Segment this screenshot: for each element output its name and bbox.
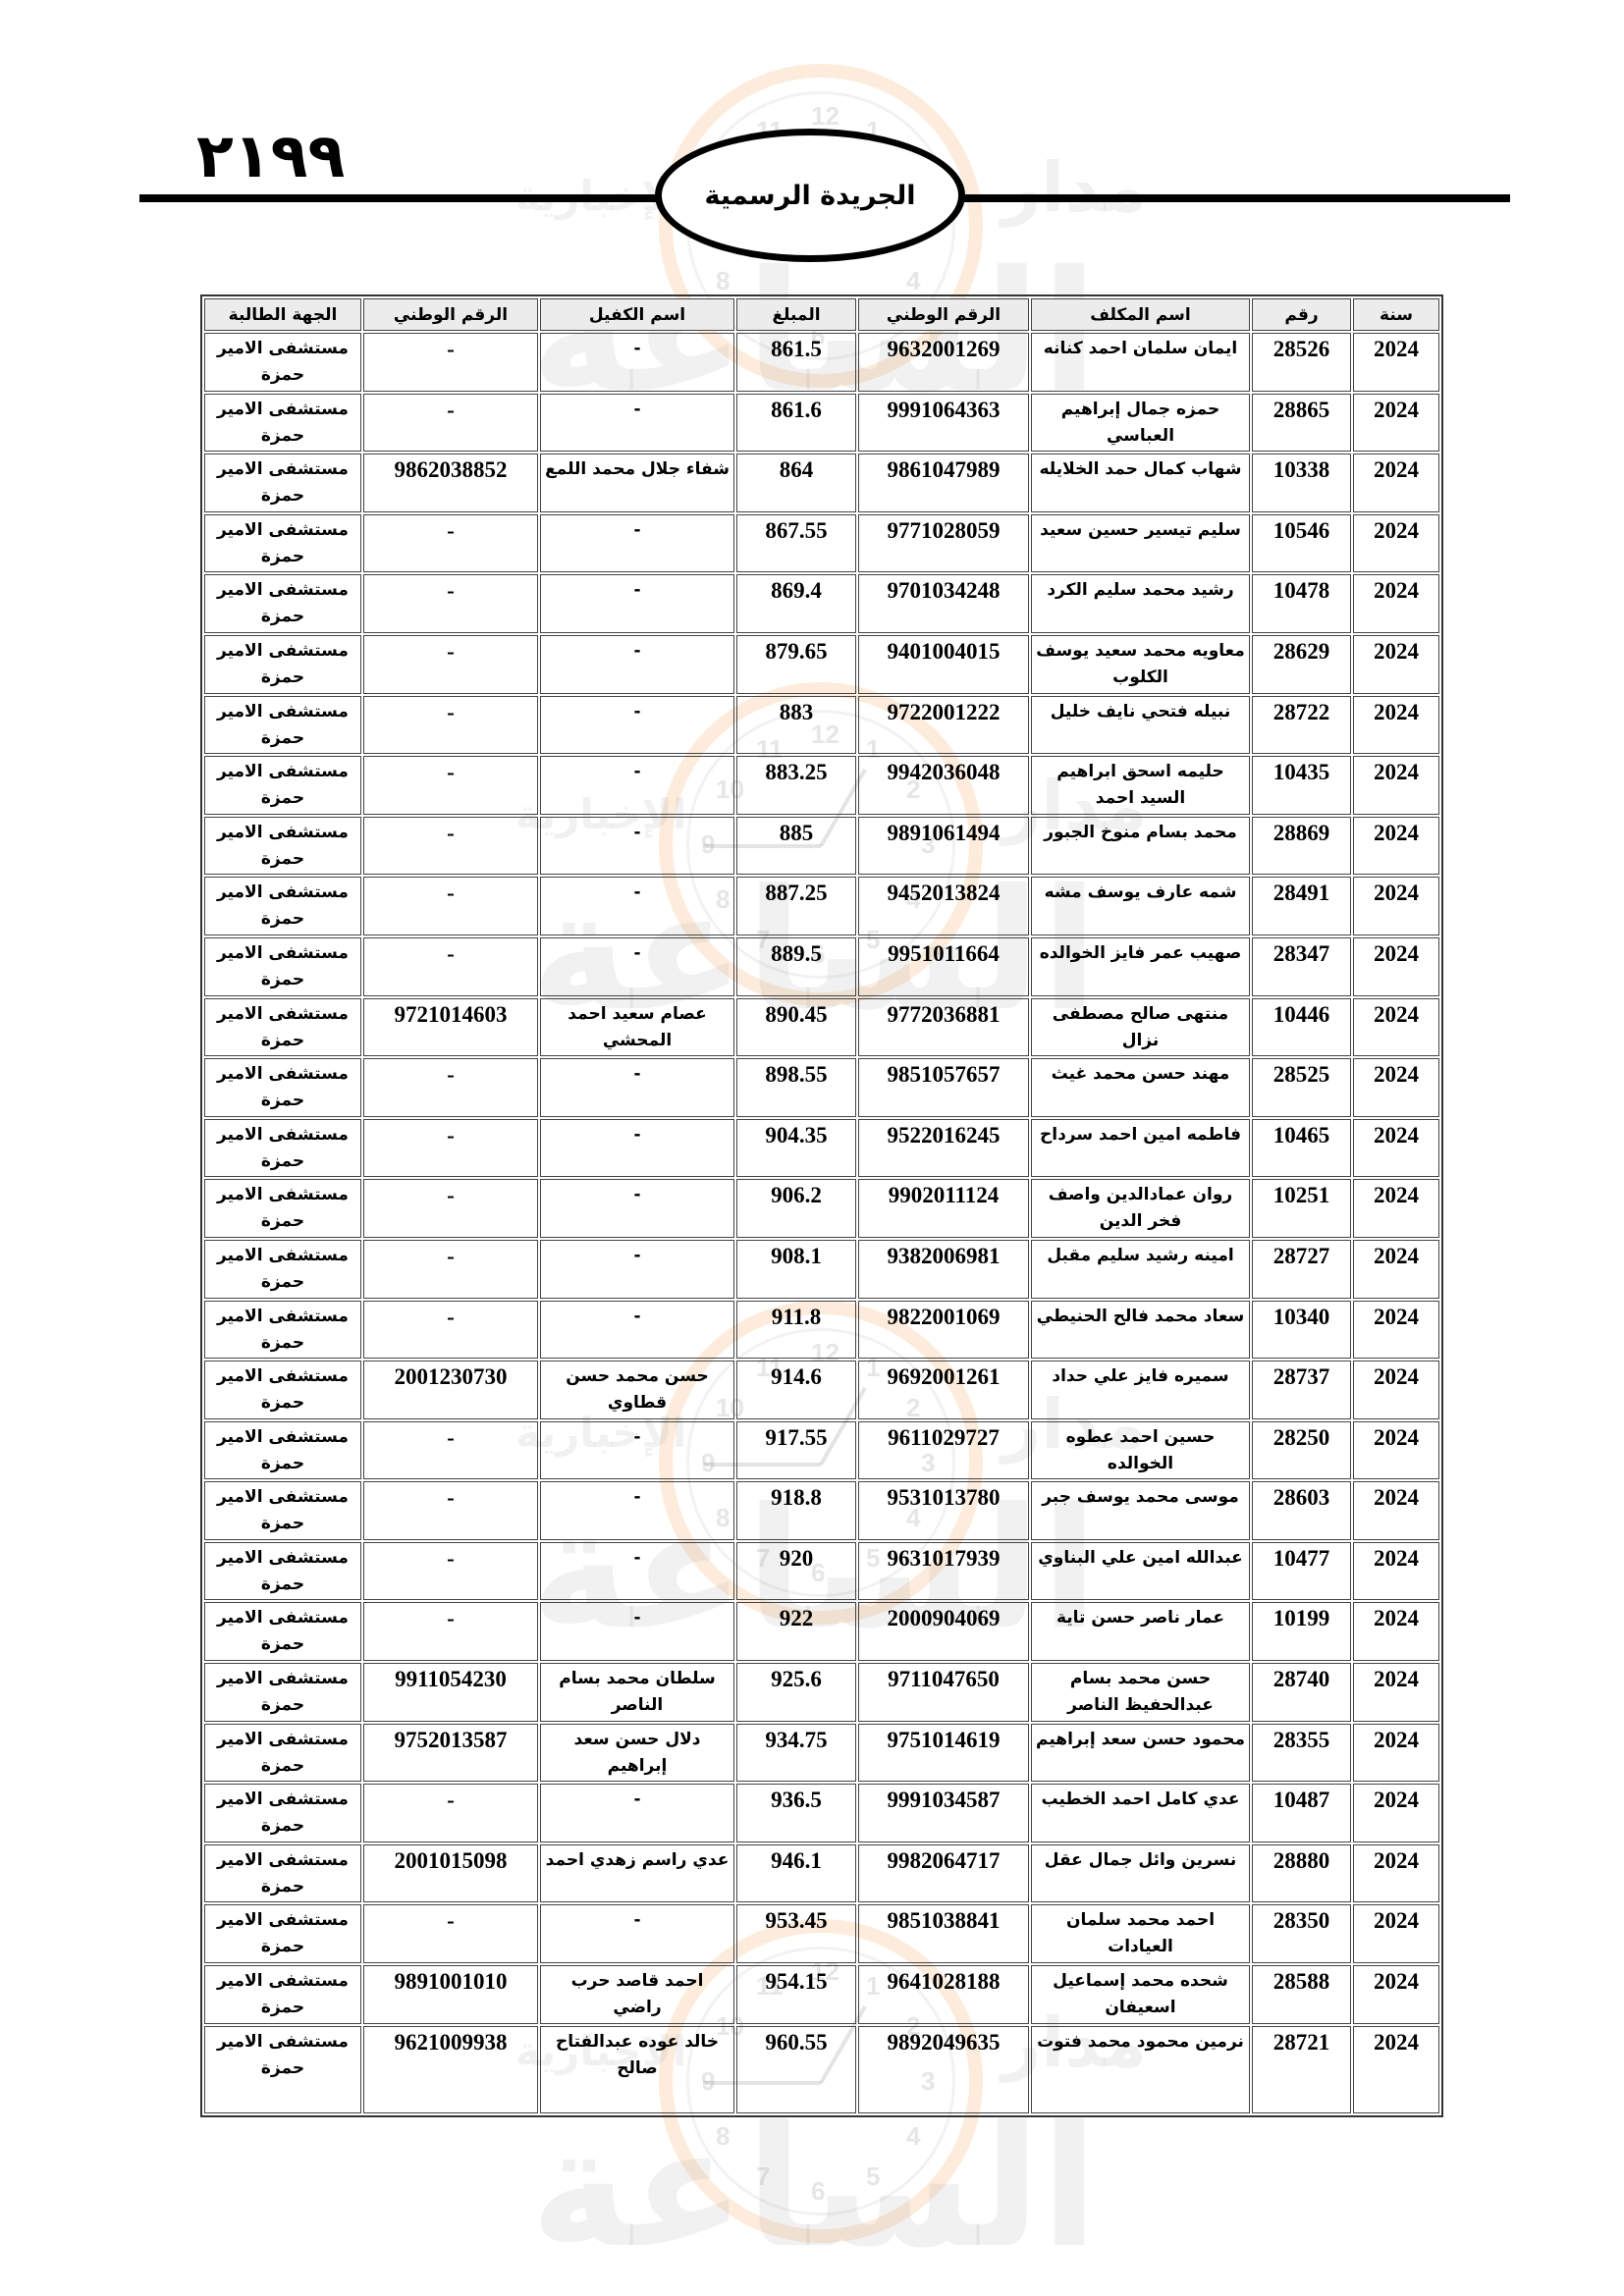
cell-guarantor-national-id: -: [363, 1119, 538, 1178]
cell-requesting-party: مستشفى الامير حمزة: [204, 1301, 361, 1360]
cell-guarantor-name: -: [540, 1119, 734, 1178]
cell-year: 2024: [1353, 1240, 1439, 1299]
cell-number: 28865: [1252, 394, 1351, 453]
cell-number: 10487: [1252, 1784, 1351, 1842]
cell-number: 10477: [1252, 1542, 1351, 1601]
clock-number: 8: [716, 266, 730, 296]
cell-number: 28869: [1252, 817, 1351, 876]
cell-debtor-name: حليمه اسحق ابراهيم السيد احمد: [1031, 756, 1250, 815]
cell-debtor-name: نسرين وائل جمال عقل: [1031, 1844, 1250, 1903]
cell-national-id: 9951011664: [858, 937, 1029, 996]
cell-year: 2024: [1353, 333, 1439, 392]
column-header-national-id: الرقم الوطني: [858, 298, 1029, 331]
cell-debtor-name: سليم تيسير حسين سعيد: [1031, 514, 1250, 573]
table-row: 202410446منتهى صالح مصطفى نزال9772036881…: [204, 998, 1439, 1057]
table-header-row: سنة رقم اسم المكلف الرقم الوطني المبلغ ا…: [204, 298, 1439, 331]
cell-number: 10546: [1252, 514, 1351, 573]
cell-year: 2024: [1353, 394, 1439, 453]
cell-guarantor-national-id: -: [363, 696, 538, 755]
cell-number: 28525: [1252, 1058, 1351, 1117]
table-row: 202410435حليمه اسحق ابراهيم السيد احمد99…: [204, 756, 1439, 815]
cell-guarantor-name: حسن محمد حسن قطاوي: [540, 1361, 734, 1419]
cell-requesting-party: مستشفى الامير حمزة: [204, 1784, 361, 1842]
cell-guarantor-national-id: -: [363, 1481, 538, 1540]
cell-year: 2024: [1353, 1301, 1439, 1360]
watermark-brand-main: الساعة: [530, 2091, 1098, 2285]
cell-amount: 934.75: [736, 1724, 856, 1783]
cell-national-id: 9822001069: [858, 1301, 1029, 1360]
cell-national-id: 9991064363: [858, 394, 1029, 453]
cell-number: 28347: [1252, 937, 1351, 996]
cell-national-id: 9531013780: [858, 1481, 1029, 1540]
cell-requesting-party: مستشفى الامير حمزة: [204, 1965, 361, 2024]
cell-debtor-name: معاويه محمد سعيد يوسف الكلوب: [1031, 635, 1250, 694]
cell-national-id: 9401004015: [858, 635, 1029, 694]
table-row: 202410338شهاب كمال حمد الخلايله986104798…: [204, 454, 1439, 512]
column-header-debtor-name: اسم المكلف: [1031, 298, 1250, 331]
cell-requesting-party: مستشفى الامير حمزة: [204, 574, 361, 633]
cell-amount: 918.8: [736, 1481, 856, 1540]
cell-amount: 953.45: [736, 1904, 856, 1963]
cell-guarantor-name: سلطان محمد بسام الناصر: [540, 1663, 734, 1722]
table-row: 202428721نرمين محمود محمد فتوت9892049635…: [204, 2026, 1439, 2113]
cell-guarantor-name: -: [540, 696, 734, 755]
cell-requesting-party: مستشفى الامير حمزة: [204, 817, 361, 876]
cell-guarantor-name: خالد عوده عبدالفتاح صالح: [540, 2026, 734, 2113]
cell-debtor-name: سميره فايز علي حداد: [1031, 1361, 1250, 1419]
cell-guarantor-name: -: [540, 1784, 734, 1842]
cell-guarantor-national-id: 9911054230: [363, 1663, 538, 1722]
cell-debtor-name: حسن محمد بسام عبدالحفيظ الناصر: [1031, 1663, 1250, 1722]
cell-amount: 917.55: [736, 1421, 856, 1480]
cell-number: 28526: [1252, 333, 1351, 392]
cell-debtor-name: امينه رشيد سليم مقبل: [1031, 1240, 1250, 1299]
cell-debtor-name: نبيله فتحي نايف خليل: [1031, 696, 1250, 755]
cell-requesting-party: مستشفى الامير حمزة: [204, 1481, 361, 1540]
table-row: 202428250حسين احمد عطوه الخوالده96110297…: [204, 1421, 1439, 1480]
cell-debtor-name: عدي كامل احمد الخطيب: [1031, 1784, 1250, 1842]
cell-debtor-name: موسى محمد يوسف جبر: [1031, 1481, 1250, 1540]
cell-national-id: 9861047989: [858, 454, 1029, 512]
cell-guarantor-national-id: -: [363, 1179, 538, 1238]
clock-number: 12: [811, 101, 839, 132]
cell-requesting-party: مستشفى الامير حمزة: [204, 514, 361, 573]
clock-number: 4: [906, 2121, 920, 2152]
column-header-year: سنة: [1353, 298, 1439, 331]
cell-guarantor-national-id: -: [363, 333, 538, 392]
table-row: 202428727امينه رشيد سليم مقبل93820069819…: [204, 1240, 1439, 1299]
cell-amount: 922: [736, 1602, 856, 1661]
cell-year: 2024: [1353, 635, 1439, 694]
cell-number: 28491: [1252, 877, 1351, 935]
cell-guarantor-name: -: [540, 1904, 734, 1963]
cell-national-id: 2000904069: [858, 1602, 1029, 1661]
cell-number: 28721: [1252, 2026, 1351, 2113]
cell-national-id: 9641028188: [858, 1965, 1029, 2024]
column-header-requesting-party: الجهة الطالبة: [204, 298, 361, 331]
cell-requesting-party: مستشفى الامير حمزة: [204, 696, 361, 755]
table-row: 202410546سليم تيسير حسين سعيد97710280598…: [204, 514, 1439, 573]
column-header-amount: المبلغ: [736, 298, 856, 331]
cell-national-id: 9942036048: [858, 756, 1029, 815]
cell-requesting-party: مستشفى الامير حمزة: [204, 2026, 361, 2113]
cell-requesting-party: مستشفى الامير حمزة: [204, 1542, 361, 1601]
cell-number: 10199: [1252, 1602, 1351, 1661]
table-row: 202428740حسن محمد بسام عبدالحفيظ الناصر9…: [204, 1663, 1439, 1722]
clock-number: 5: [866, 2162, 880, 2192]
table-row: 202428629معاويه محمد سعيد يوسف الكلوب940…: [204, 635, 1439, 694]
cell-guarantor-name: -: [540, 514, 734, 573]
cell-number: 28588: [1252, 1965, 1351, 2024]
cell-guarantor-national-id: 2001015098: [363, 1844, 538, 1903]
cell-guarantor-name: -: [540, 1179, 734, 1238]
cell-year: 2024: [1353, 2026, 1439, 2113]
cell-guarantor-name: -: [540, 817, 734, 876]
column-header-guarantor-national-id: الرقم الوطني: [363, 298, 538, 331]
cell-national-id: 9982064717: [858, 1844, 1029, 1903]
table-row: 202428526ايمان سلمان احمد كنانه963200126…: [204, 333, 1439, 392]
cell-national-id: 9701034248: [858, 574, 1029, 633]
cell-guarantor-national-id: -: [363, 1240, 538, 1299]
cell-number: 10478: [1252, 574, 1351, 633]
cell-requesting-party: مستشفى الامير حمزة: [204, 1724, 361, 1783]
cell-number: 28355: [1252, 1724, 1351, 1783]
cell-guarantor-national-id: -: [363, 1301, 538, 1360]
cell-guarantor-name: -: [540, 1542, 734, 1601]
cell-amount: 883: [736, 696, 856, 755]
debtors-table-container: سنة رقم اسم المكلف الرقم الوطني المبلغ ا…: [200, 294, 1422, 2117]
cell-national-id: 9891061494: [858, 817, 1029, 876]
cell-national-id: 9751014619: [858, 1724, 1029, 1783]
cell-amount: 960.55: [736, 2026, 856, 2113]
cell-number: 28737: [1252, 1361, 1351, 1419]
cell-guarantor-name: -: [540, 756, 734, 815]
cell-amount: 904.35: [736, 1119, 856, 1178]
cell-amount: 920: [736, 1542, 856, 1601]
cell-debtor-name: محمود حسن سعد إبراهيم: [1031, 1724, 1250, 1783]
cell-year: 2024: [1353, 514, 1439, 573]
cell-amount: 954.15: [736, 1965, 856, 2024]
cell-number: 28350: [1252, 1904, 1351, 1963]
cell-national-id: 9851057657: [858, 1058, 1029, 1117]
cell-guarantor-name: شفاء جلال محمد اللمع: [540, 454, 734, 512]
cell-amount: 925.6: [736, 1663, 856, 1722]
cell-national-id: 9771028059: [858, 514, 1029, 573]
cell-amount: 890.45: [736, 998, 856, 1057]
table-row: 202428865حمزه جمال إبراهيم العباسي999106…: [204, 394, 1439, 453]
cell-national-id: 9722001222: [858, 696, 1029, 755]
watermark-brand-top: مدار: [1001, 147, 1147, 228]
cell-amount: 946.1: [736, 1844, 856, 1903]
cell-debtor-name: مهند حسن محمد غيث: [1031, 1058, 1250, 1117]
cell-number: 28250: [1252, 1421, 1351, 1480]
cell-number: 10340: [1252, 1301, 1351, 1360]
cell-debtor-name: محمد بسام منوخ الجبور: [1031, 817, 1250, 876]
cell-year: 2024: [1353, 1844, 1439, 1903]
cell-guarantor-name: -: [540, 877, 734, 935]
cell-number: 28603: [1252, 1481, 1351, 1540]
cell-national-id: 9772036881: [858, 998, 1029, 1057]
cell-number: 28722: [1252, 696, 1351, 755]
cell-guarantor-name: -: [540, 1602, 734, 1661]
cell-year: 2024: [1353, 1724, 1439, 1783]
cell-requesting-party: مستشفى الامير حمزة: [204, 635, 361, 694]
cell-debtor-name: شهاب كمال حمد الخلايله: [1031, 454, 1250, 512]
cell-guarantor-national-id: -: [363, 1421, 538, 1480]
cell-amount: 889.5: [736, 937, 856, 996]
cell-national-id: 9892049635: [858, 2026, 1029, 2113]
cell-amount: 864: [736, 454, 856, 512]
cell-guarantor-national-id: 2001230730: [363, 1361, 538, 1419]
cell-debtor-name: رشيد محمد سليم الكرد: [1031, 574, 1250, 633]
table-row: 202428350احمد محمد سلمان العيادات9851038…: [204, 1904, 1439, 1963]
cell-year: 2024: [1353, 1602, 1439, 1661]
cell-guarantor-name: عصام سعيد احمد المحشي: [540, 998, 734, 1057]
page-number: ٢١٩٩: [196, 126, 345, 187]
clock-number: 6: [811, 2176, 825, 2207]
title-ellipse: الجريدة الرسمية: [655, 129, 965, 262]
cell-debtor-name: عبدالله امين علي البناوي: [1031, 1542, 1250, 1601]
cell-guarantor-national-id: -: [363, 1904, 538, 1963]
clock-number: 7: [756, 2162, 770, 2192]
cell-guarantor-name: -: [540, 937, 734, 996]
cell-amount: 867.55: [736, 514, 856, 573]
cell-requesting-party: مستشفى الامير حمزة: [204, 1421, 361, 1480]
cell-number: 28727: [1252, 1240, 1351, 1299]
cell-guarantor-name: -: [540, 1301, 734, 1360]
cell-debtor-name: منتهى صالح مصطفى نزال: [1031, 998, 1250, 1057]
cell-year: 2024: [1353, 1179, 1439, 1238]
cell-guarantor-national-id: 9721014603: [363, 998, 538, 1057]
cell-debtor-name: احمد محمد سلمان العيادات: [1031, 1904, 1250, 1963]
cell-year: 2024: [1353, 1481, 1439, 1540]
cell-amount: 887.25: [736, 877, 856, 935]
cell-year: 2024: [1353, 1542, 1439, 1601]
cell-number: 10446: [1252, 998, 1351, 1057]
cell-amount: 861.5: [736, 333, 856, 392]
cell-national-id: 9991034587: [858, 1784, 1029, 1842]
cell-amount: 879.65: [736, 635, 856, 694]
cell-year: 2024: [1353, 817, 1439, 876]
cell-amount: 861.6: [736, 394, 856, 453]
cell-debtor-name: شمه عارف يوسف مشه: [1031, 877, 1250, 935]
cell-requesting-party: مستشفى الامير حمزة: [204, 877, 361, 935]
cell-guarantor-national-id: -: [363, 1542, 538, 1601]
cell-year: 2024: [1353, 696, 1439, 755]
column-header-number: رقم: [1252, 298, 1351, 331]
cell-year: 2024: [1353, 756, 1439, 815]
cell-debtor-name: حمزه جمال إبراهيم العباسي: [1031, 394, 1250, 453]
table-row: 202410465فاطمه امين احمد سرداح9522016245…: [204, 1119, 1439, 1178]
cell-national-id: 9902011124: [858, 1179, 1029, 1238]
cell-national-id: 9611029727: [858, 1421, 1029, 1480]
cell-national-id: 9452013824: [858, 877, 1029, 935]
gazette-title: الجريدة الرسمية: [705, 181, 916, 211]
cell-requesting-party: مستشفى الامير حمزة: [204, 1361, 361, 1419]
table-row: 202410340سعاد محمد فالح الحنيطي982200106…: [204, 1301, 1439, 1360]
cell-guarantor-national-id: -: [363, 817, 538, 876]
table-row: 202428525مهند حسن محمد غيث9851057657898.…: [204, 1058, 1439, 1117]
cell-year: 2024: [1353, 877, 1439, 935]
cell-guarantor-national-id: 9891001010: [363, 1965, 538, 2024]
cell-requesting-party: مستشفى الامير حمزة: [204, 998, 361, 1057]
cell-requesting-party: مستشفى الامير حمزة: [204, 454, 361, 512]
cell-amount: 936.5: [736, 1784, 856, 1842]
table-body: 202428526ايمان سلمان احمد كنانه963200126…: [204, 333, 1439, 2113]
clock-number: 4: [906, 266, 920, 296]
table-row: 202428722نبيله فتحي نايف خليل97220012228…: [204, 696, 1439, 755]
cell-guarantor-name: عدي راسم زهدي احمد: [540, 1844, 734, 1903]
cell-national-id: 9631017939: [858, 1542, 1029, 1601]
cell-amount: 898.55: [736, 1058, 856, 1117]
cell-requesting-party: مستشفى الامير حمزة: [204, 333, 361, 392]
cell-year: 2024: [1353, 998, 1439, 1057]
cell-amount: 906.2: [736, 1179, 856, 1238]
cell-guarantor-national-id: -: [363, 514, 538, 573]
cell-guarantor-national-id: -: [363, 394, 538, 453]
cell-guarantor-name: -: [540, 394, 734, 453]
table-row: 202428869محمد بسام منوخ الجبور9891061494…: [204, 817, 1439, 876]
cell-national-id: 9382006981: [858, 1240, 1029, 1299]
cell-guarantor-national-id: 9862038852: [363, 454, 538, 512]
cell-year: 2024: [1353, 1965, 1439, 2024]
cell-amount: 914.6: [736, 1361, 856, 1419]
cell-guarantor-national-id: -: [363, 1602, 538, 1661]
cell-debtor-name: نرمين محمود محمد فتوت: [1031, 2026, 1250, 2113]
cell-national-id: 9522016245: [858, 1119, 1029, 1178]
cell-national-id: 9692001261: [858, 1361, 1029, 1419]
cell-national-id: 9711047650: [858, 1663, 1029, 1722]
cell-requesting-party: مستشفى الامير حمزة: [204, 1602, 361, 1661]
cell-guarantor-name: -: [540, 1481, 734, 1540]
cell-national-id: 9851038841: [858, 1904, 1029, 1963]
cell-amount: 883.25: [736, 756, 856, 815]
cell-debtor-name: روان عمادالدين واصف فخر الدين: [1031, 1179, 1250, 1238]
cell-year: 2024: [1353, 1119, 1439, 1178]
cell-guarantor-name: -: [540, 574, 734, 633]
cell-guarantor-name: -: [540, 333, 734, 392]
cell-amount: 911.8: [736, 1301, 856, 1360]
cell-requesting-party: مستشفى الامير حمزة: [204, 394, 361, 453]
cell-guarantor-national-id: -: [363, 877, 538, 935]
table-row: 202410478رشيد محمد سليم الكرد97010342488…: [204, 574, 1439, 633]
table-row: 202410251روان عمادالدين واصف فخر الدين99…: [204, 1179, 1439, 1238]
table-row: 202410199عمار ناصر حسن تاية2000904069922…: [204, 1602, 1439, 1661]
cell-requesting-party: مستشفى الامير حمزة: [204, 1904, 361, 1963]
cell-debtor-name: عمار ناصر حسن تاية: [1031, 1602, 1250, 1661]
cell-guarantor-name: دلال حسن سعد إبراهيم: [540, 1724, 734, 1783]
cell-requesting-party: مستشفى الامير حمزة: [204, 1240, 361, 1299]
cell-year: 2024: [1353, 574, 1439, 633]
cell-guarantor-national-id: -: [363, 937, 538, 996]
clock-number: 8: [716, 2121, 730, 2152]
table-row: 202428603موسى محمد يوسف جبر9531013780918…: [204, 1481, 1439, 1540]
cell-guarantor-national-id: 9621009938: [363, 2026, 538, 2113]
cell-guarantor-name: -: [540, 1058, 734, 1117]
cell-requesting-party: مستشفى الامير حمزة: [204, 1663, 361, 1722]
cell-requesting-party: مستشفى الامير حمزة: [204, 756, 361, 815]
cell-year: 2024: [1353, 454, 1439, 512]
table-row: 202410487عدي كامل احمد الخطيب99910345879…: [204, 1784, 1439, 1842]
cell-number: 10435: [1252, 756, 1351, 815]
cell-year: 2024: [1353, 1904, 1439, 1963]
cell-requesting-party: مستشفى الامير حمزة: [204, 1844, 361, 1903]
cell-debtor-name: صهيب عمر فايز الخوالده: [1031, 937, 1250, 996]
cell-debtor-name: شحده محمد إسماعيل اسعيفان: [1031, 1965, 1250, 2024]
cell-year: 2024: [1353, 1784, 1439, 1842]
table-row: 202428491شمه عارف يوسف مشه9452013824887.…: [204, 877, 1439, 935]
cell-guarantor-national-id: -: [363, 635, 538, 694]
cell-requesting-party: مستشفى الامير حمزة: [204, 1119, 361, 1178]
cell-debtor-name: فاطمه امين احمد سرداح: [1031, 1119, 1250, 1178]
cell-guarantor-national-id: -: [363, 574, 538, 633]
cell-guarantor-national-id: -: [363, 1784, 538, 1842]
cell-guarantor-national-id: 9752013587: [363, 1724, 538, 1783]
cell-number: 10251: [1252, 1179, 1351, 1238]
cell-number: 28880: [1252, 1844, 1351, 1903]
cell-guarantor-name: -: [540, 1421, 734, 1480]
cell-amount: 885: [736, 817, 856, 876]
cell-guarantor-name: احمد قاصد حرب راضي: [540, 1965, 734, 2024]
cell-number: 28629: [1252, 635, 1351, 694]
cell-year: 2024: [1353, 1421, 1439, 1480]
debtors-table: سنة رقم اسم المكلف الرقم الوطني المبلغ ا…: [200, 294, 1443, 2117]
cell-number: 10338: [1252, 454, 1351, 512]
cell-debtor-name: ايمان سلمان احمد كنانه: [1031, 333, 1250, 392]
column-header-guarantor-name: اسم الكفيل: [540, 298, 734, 331]
cell-year: 2024: [1353, 1361, 1439, 1419]
cell-guarantor-name: -: [540, 635, 734, 694]
cell-requesting-party: مستشفى الامير حمزة: [204, 937, 361, 996]
cell-national-id: 9632001269: [858, 333, 1029, 392]
cell-number: 28740: [1252, 1663, 1351, 1722]
cell-amount: 869.4: [736, 574, 856, 633]
table-row: 202428588شحده محمد إسماعيل اسعيفان964102…: [204, 1965, 1439, 2024]
cell-number: 10465: [1252, 1119, 1351, 1178]
table-row: 202428880نسرين وائل جمال عقل998206471794…: [204, 1844, 1439, 1903]
table-row: 202410477عبدالله امين علي البناوي9631017…: [204, 1542, 1439, 1601]
cell-guarantor-name: -: [540, 1240, 734, 1299]
cell-debtor-name: سعاد محمد فالح الحنيطي: [1031, 1301, 1250, 1360]
table-row: 202428347صهيب عمر فايز الخوالده995101166…: [204, 937, 1439, 996]
cell-guarantor-national-id: -: [363, 756, 538, 815]
cell-debtor-name: حسين احمد عطوه الخوالده: [1031, 1421, 1250, 1480]
cell-guarantor-national-id: -: [363, 1058, 538, 1117]
cell-requesting-party: مستشفى الامير حمزة: [204, 1179, 361, 1238]
cell-year: 2024: [1353, 1058, 1439, 1117]
cell-year: 2024: [1353, 1663, 1439, 1722]
table-row: 202428355محمود حسن سعد إبراهيم9751014619…: [204, 1724, 1439, 1783]
cell-amount: 908.1: [736, 1240, 856, 1299]
table-row: 202428737سميره فايز علي حداد969200126191…: [204, 1361, 1439, 1419]
cell-year: 2024: [1353, 937, 1439, 996]
cell-requesting-party: مستشفى الامير حمزة: [204, 1058, 361, 1117]
